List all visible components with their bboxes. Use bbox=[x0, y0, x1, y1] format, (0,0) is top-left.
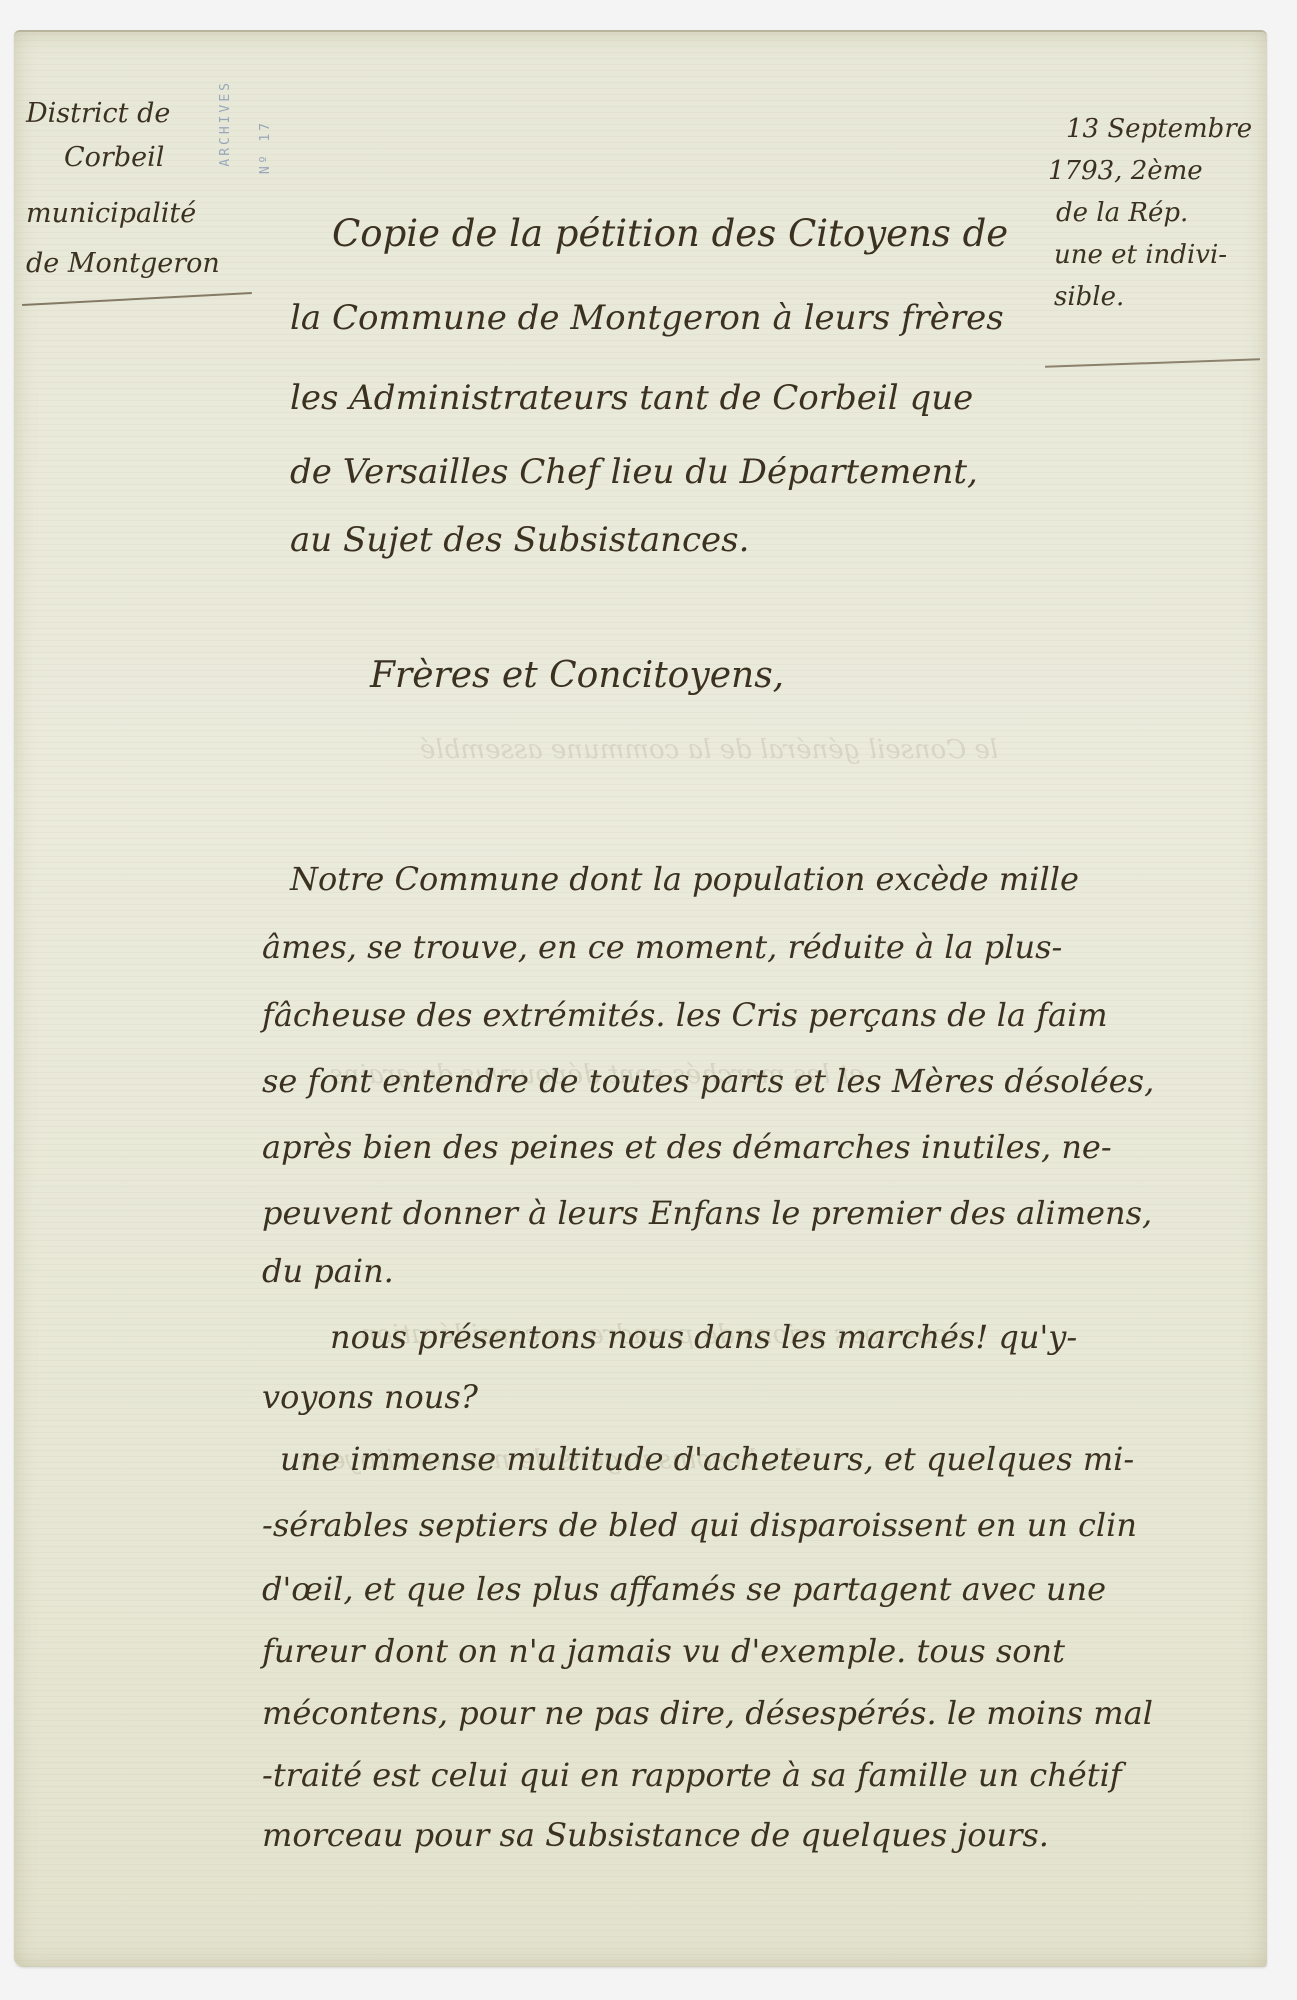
body-line: mécontens, pour ne pas dire, désespérés.… bbox=[262, 1694, 1153, 1732]
date-sible: sible. bbox=[1054, 276, 1252, 318]
body-line: du pain. bbox=[262, 1252, 394, 1290]
body-line: -traité est celui qui en rapporte à sa f… bbox=[262, 1756, 1122, 1794]
body-line: Notre Commune dont la population excède … bbox=[290, 860, 1079, 898]
margin-municipalite: municipalité bbox=[26, 192, 220, 236]
body-line: fureur dont on n'a jamais vu d'exemple. … bbox=[262, 1632, 1065, 1670]
margin-corbeil: Corbeil bbox=[26, 136, 220, 180]
heading-line: les Administrateurs tant de Corbeil que bbox=[290, 378, 973, 418]
body-line: se font entendre de toutes parts et les … bbox=[262, 1062, 1154, 1100]
date-year: 1793, 2ème bbox=[1048, 150, 1252, 192]
date-day: 13 Septembre bbox=[1066, 108, 1252, 150]
bleed-through-text: le Conseil général de la commune assembl… bbox=[420, 735, 998, 765]
body-line: morceau pour sa Subsistance de quelques … bbox=[262, 1816, 1049, 1854]
heading-line: de Versailles Chef lieu du Département, bbox=[290, 452, 978, 492]
left-margin-note: District de Corbeil municipalité de Mont… bbox=[26, 92, 220, 286]
heading-line: la Commune de Montgeron à leurs frères bbox=[290, 298, 1004, 338]
margin-montgeron: de Montgeron bbox=[26, 242, 220, 286]
body-line: après bien des peines et des démarches i… bbox=[262, 1128, 1112, 1166]
body-line: peuvent donner à leurs Enfans le premier… bbox=[262, 1194, 1152, 1232]
body-line: âmes, se trouve, en ce moment, réduite à… bbox=[262, 928, 1062, 966]
body-line: fâcheuse des extrémités. les Cris perçan… bbox=[262, 996, 1108, 1034]
body-line: nous présentons nous dans les marchés! q… bbox=[330, 1318, 1077, 1356]
heading-line: Copie de la pétition des Citoyens de bbox=[332, 212, 1008, 255]
salutation: Frères et Concitoyens, bbox=[370, 655, 784, 696]
date-indivisible: une et indivi- bbox=[1054, 234, 1252, 276]
body-line: -sérables septiers de bled qui disparois… bbox=[262, 1506, 1137, 1544]
date-republic: de la Rép. bbox=[1056, 192, 1252, 234]
body-line: d'œil, et que les plus affamés se partag… bbox=[262, 1570, 1106, 1608]
archive-stamp: ARCHIVES bbox=[218, 80, 233, 167]
body-line: voyons nous? bbox=[262, 1378, 478, 1416]
body-line: une immense multitude d'acheteurs, et qu… bbox=[280, 1440, 1134, 1478]
right-margin-date: 13 Septembre 1793, 2ème de la Rép. une e… bbox=[1066, 108, 1252, 318]
margin-district: District de bbox=[26, 92, 220, 136]
heading-line: au Sujet des Subsistances. bbox=[290, 520, 749, 560]
archive-stamp-number: Nº 17 bbox=[258, 120, 273, 174]
